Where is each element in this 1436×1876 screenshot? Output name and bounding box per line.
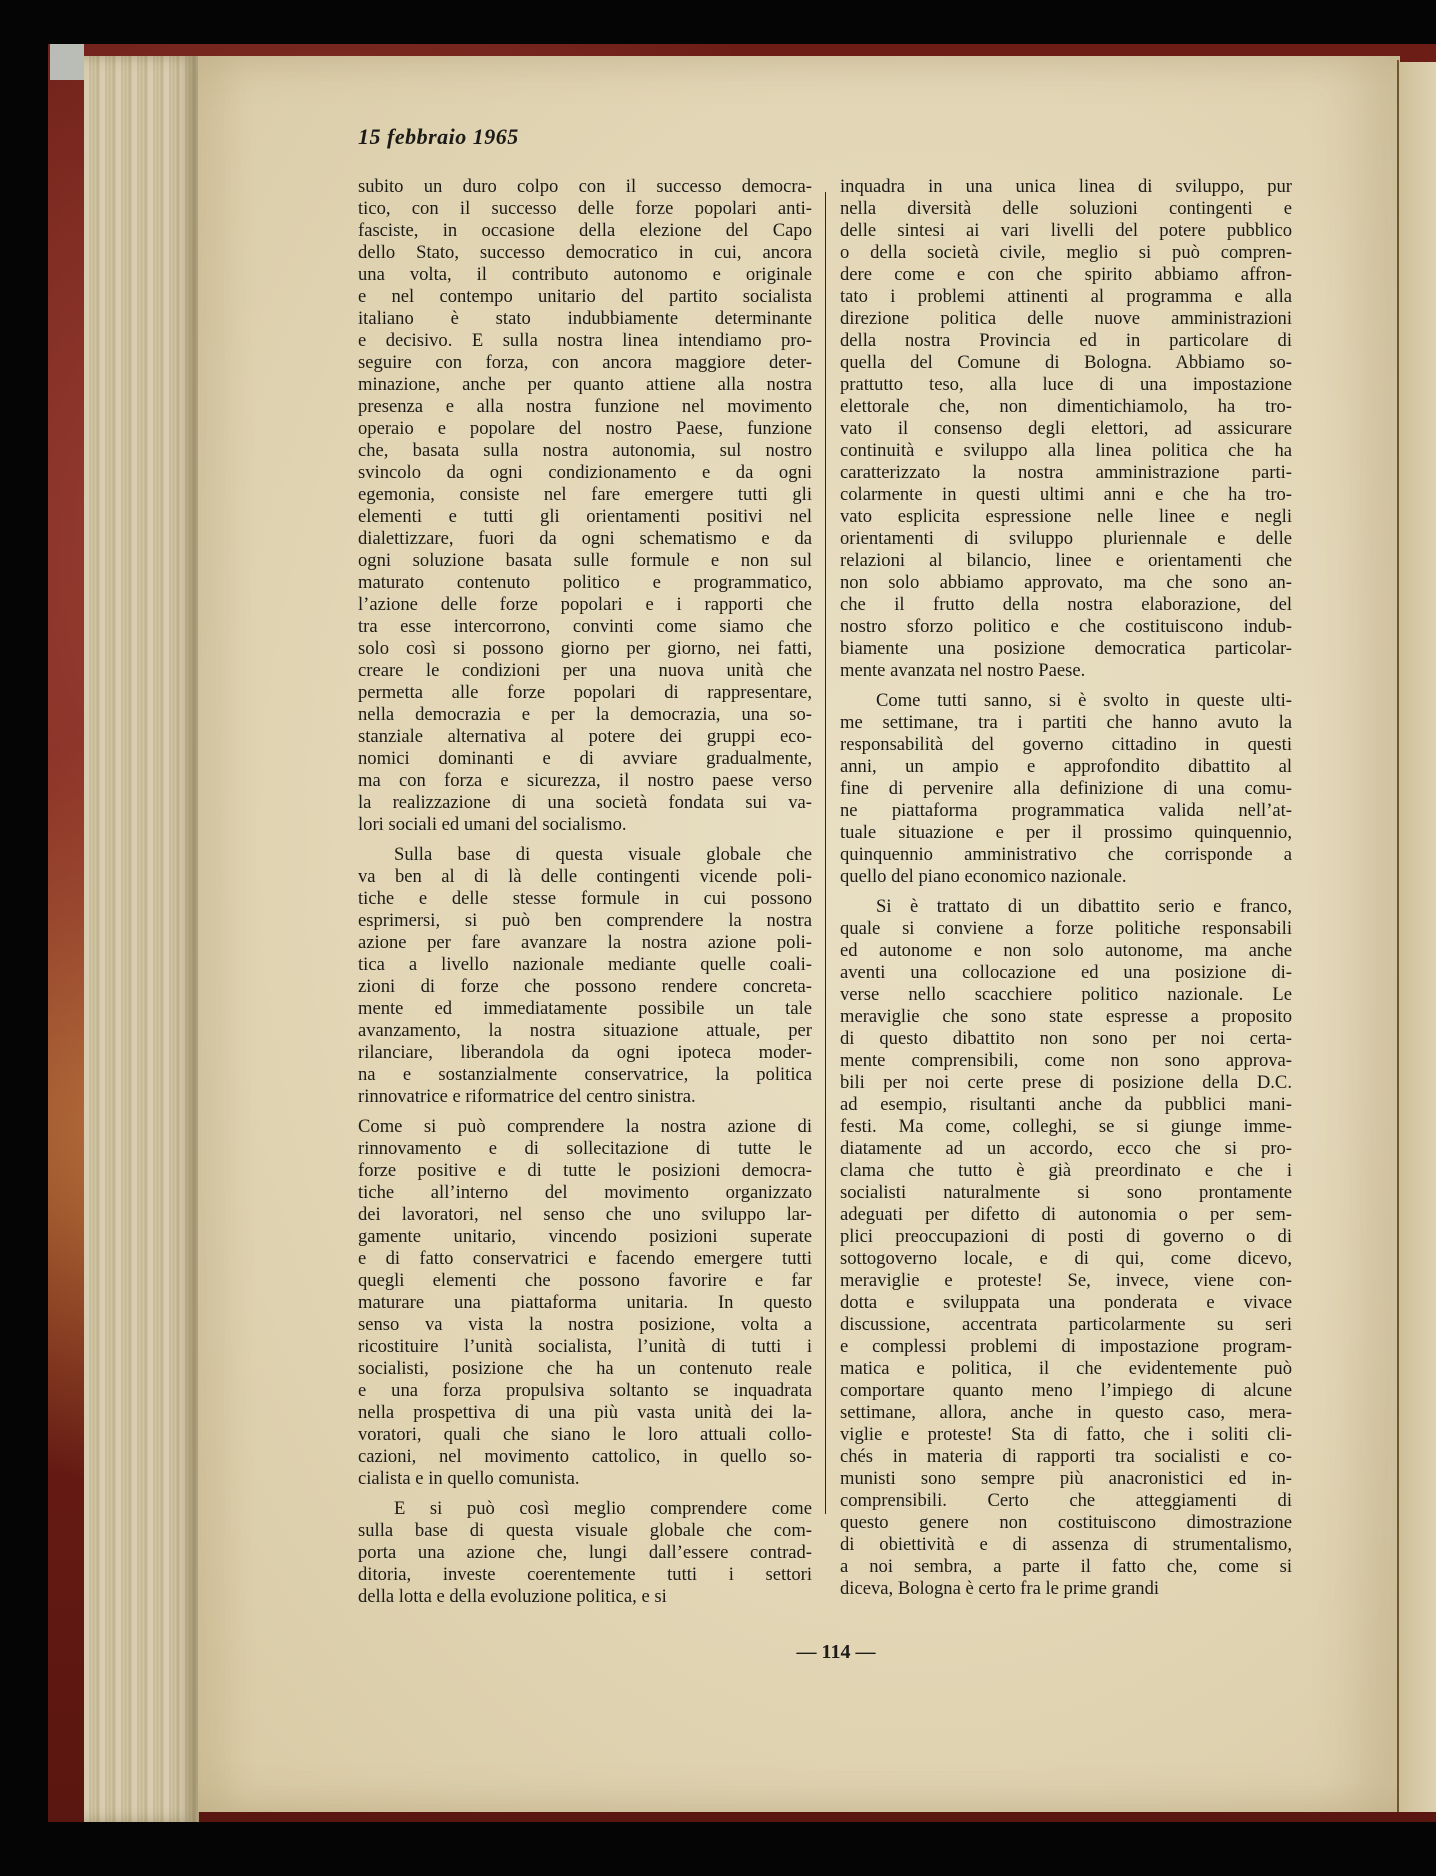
text-line: dotta e sviluppata una ponderata e vivac… [840, 1292, 1292, 1314]
text-line: comportare quanto meno l’impiego di alcu… [840, 1380, 1292, 1402]
text-line: porta una azione che, lungi dall’essere … [358, 1542, 812, 1564]
text-line: esprimersi, si può ben comprendere la no… [358, 910, 812, 932]
text-line: mente comprensibili, come non sono appro… [840, 1050, 1292, 1072]
text-line: egemonia, consiste nel fare emergere tut… [358, 484, 812, 506]
text-column-right: inquadra in una unica linea di sviluppo,… [840, 176, 1292, 1600]
text-line: di questo dibattito non sono per noi cer… [840, 1028, 1292, 1050]
text-line: mente avanzata nel nostro Paese. [840, 660, 1292, 682]
text-line: verse nello scacchiere politico nazional… [840, 984, 1292, 1006]
text-line: tuale situazione e per il prossimo quinq… [840, 822, 1292, 844]
text-line: nomici dominanti e di avviare gradualmen… [358, 748, 812, 770]
text-line: settimane, allora, anche in questo caso,… [840, 1402, 1292, 1424]
text-line: rinnovamento e di sollecitazione di tutt… [358, 1138, 812, 1160]
text-line: dere come e con che spirito abbiamo affr… [840, 264, 1292, 286]
text-line: relazioni al bilancio, linee e orientame… [840, 550, 1292, 572]
text-line: tico, con il successo delle forze popola… [358, 198, 812, 220]
paragraph: Sulla base di questa visuale globale che… [358, 844, 812, 1108]
text-line: nostro sforzo politico e che costituisco… [840, 616, 1292, 638]
text-line: elettorale che, non dimentichiamolo, ha … [840, 396, 1292, 418]
cover-corner-cloth [50, 44, 84, 80]
text-line: minazione, anche per quanto attiene alla… [358, 374, 812, 396]
text-line: sottogoverno locale, e di qui, come dice… [840, 1248, 1292, 1270]
text-line: gamente unitario, vincendo posizioni sup… [358, 1226, 812, 1248]
paragraph: E si può così meglio comprendere comesul… [358, 1498, 812, 1608]
text-line: quella del Comune di Bologna. Abbiamo so… [840, 352, 1292, 374]
running-head-date: 15 febbraio 1965 [358, 124, 519, 150]
text-line: ne piattaforma programmatica valida nell… [840, 800, 1292, 822]
paragraph: inquadra in una unica linea di sviluppo,… [840, 176, 1292, 682]
text-line: ogni soluzione basata sulle formule e no… [358, 550, 812, 572]
text-line: plici preoccupazioni di posti di governo… [840, 1226, 1292, 1248]
text-line: operaio e popolare del nostro Paese, fun… [358, 418, 812, 440]
text-line: non solo abbiamo approvato, ma che sono … [840, 572, 1292, 594]
text-line: festi. Ma come, colleghi, se si giunge i… [840, 1116, 1292, 1138]
text-line: delle sintesi ai vari livelli del potere… [840, 220, 1292, 242]
text-line: discussione, accentrata particolarmente … [840, 1314, 1292, 1336]
text-line: a noi sembra, a parte il fatto che, come… [840, 1556, 1292, 1578]
text-line: italiano è stato indubbiamente determina… [358, 308, 812, 330]
text-line: vato il consenso degli elettori, ad assi… [840, 418, 1292, 440]
text-line: comprensibili. Certo che atteggiamenti d… [840, 1490, 1292, 1512]
text-line: socialisti, posizione che ha un contenut… [358, 1358, 812, 1380]
text-line: biamente una posizione democratica parti… [840, 638, 1292, 660]
text-line: ditoria, investe coerentemente tutti i s… [358, 1564, 812, 1586]
text-line: ed autonome e non solo autonome, ma anch… [840, 940, 1292, 962]
text-line: E si può così meglio comprendere come [358, 1498, 812, 1520]
text-line: diatamente ad un accordo, ecco che si pr… [840, 1138, 1292, 1160]
text-line: tato i problemi attinenti al programma e… [840, 286, 1292, 308]
text-line: chés in materia di rapporti tra socialis… [840, 1446, 1292, 1468]
text-line: inquadra in una unica linea di sviluppo,… [840, 176, 1292, 198]
facing-page-edge [1399, 62, 1436, 1812]
text-line: aventi una collocazione ed una posizione… [840, 962, 1292, 984]
text-line: direzione politica delle nuove amministr… [840, 308, 1292, 330]
text-line: stanziale alternativa al potere dei grup… [358, 726, 812, 748]
text-line: azione per fare avanzare la nostra azion… [358, 932, 812, 954]
text-line: nella democrazia e per la democrazia, un… [358, 704, 812, 726]
text-line: o della società civile, meglio si può co… [840, 242, 1292, 264]
text-line: bili per noi certe prese di posizione de… [840, 1072, 1292, 1094]
text-line: prattutto teso, alla luce di una imposta… [840, 374, 1292, 396]
text-line: subito un duro colpo con il successo dem… [358, 176, 812, 198]
text-line: solo così si possono giorno per giorno, … [358, 638, 812, 660]
text-line: ma con forza e sicurezza, il nostro paes… [358, 770, 812, 792]
text-line: senso va vista la nostra posizione, volt… [358, 1314, 812, 1336]
text-line: adeguati per difetto di autonomia o per … [840, 1204, 1292, 1226]
text-line: Sulla base di questa visuale globale che [358, 844, 812, 866]
text-line: svincolo da ogni condizionamento e da og… [358, 462, 812, 484]
text-line: socialisti naturalmente si sono prontame… [840, 1182, 1292, 1204]
text-line: maturato contenuto politico e programmat… [358, 572, 812, 594]
text-line: e di fatto conservatrici e facendo emerg… [358, 1248, 812, 1270]
text-line: presenza e alla nostra funzione nel movi… [358, 396, 812, 418]
text-line: dello Stato, successo democratico in cui… [358, 242, 812, 264]
paragraph: Come tutti sanno, si è svolto in queste … [840, 690, 1292, 888]
text-line: me settimane, tra i partiti che hanno av… [840, 712, 1292, 734]
text-line: di obiettività e di assenza di strumenta… [840, 1534, 1292, 1556]
text-line: clama che tutto è già preordinato e che … [840, 1160, 1292, 1182]
text-line: Come si può comprendere la nostra azione… [358, 1116, 812, 1138]
paragraph: Si è trattato di un dibattito serio e fr… [840, 896, 1292, 1600]
text-line: della lotta e della evoluzione politica,… [358, 1586, 812, 1608]
text-line: voratori, quali che siano le loro attual… [358, 1424, 812, 1446]
text-line: quello del piano economico nazionale. [840, 866, 1292, 888]
text-line: creare le condizioni per una nuova unità… [358, 660, 812, 682]
text-line: una volta, il contributo autonomo e orig… [358, 264, 812, 286]
text-line: rinnovatrice e riformatrice del centro s… [358, 1086, 812, 1108]
text-line: seguire con forza, con ancora maggiore d… [358, 352, 812, 374]
text-column-left: subito un duro colpo con il successo dem… [358, 176, 812, 1608]
text-line: tica a livello nazionale mediante quelle… [358, 954, 812, 976]
text-line: orientamenti di sviluppo pluriennale e d… [840, 528, 1292, 550]
text-line: meraviglie e proteste! Se, invece, viene… [840, 1270, 1292, 1292]
text-line: zioni di forze che possono rendere concr… [358, 976, 812, 998]
text-line: continuità e sviluppo alla linea politic… [840, 440, 1292, 462]
text-line: tiche all’interno del movimento organizz… [358, 1182, 812, 1204]
text-line: responsabilità del governo cittadino in … [840, 734, 1292, 756]
text-line: la realizzazione di una società fondata … [358, 792, 812, 814]
text-line: nella prospettiva di una più vasta unità… [358, 1402, 812, 1424]
text-line: quinquennio amministrativo che corrispon… [840, 844, 1292, 866]
text-line: dialettizzare, fuori da ogni schematismo… [358, 528, 812, 550]
text-line: quale si conviene a forze politiche resp… [840, 918, 1292, 940]
text-line: permetta alle forze popolari di rapprese… [358, 682, 812, 704]
page-stack-edge [84, 56, 199, 1822]
text-line: della nostra Provincia ed in particolare… [840, 330, 1292, 352]
paragraph: subito un duro colpo con il successo dem… [358, 176, 812, 836]
text-line: diceva, Bologna è certo fra le prime gra… [840, 1578, 1292, 1600]
text-line: matica e politica, il che evidentemente … [840, 1358, 1292, 1380]
text-line: forze positive e di tutte le posizioni d… [358, 1160, 812, 1182]
text-line: vato esplicita espressione nelle linee e… [840, 506, 1292, 528]
paragraph: Come si può comprendere la nostra azione… [358, 1116, 812, 1490]
text-line: e decisivo. E sulla nostra linea intendi… [358, 330, 812, 352]
text-line: e nel contempo unitario del partito soci… [358, 286, 812, 308]
text-line: cialista e in quello comunista. [358, 1468, 812, 1490]
text-line: mente ed immediatamente possibile un tal… [358, 998, 812, 1020]
text-line: munisti sono sempre più anacronistici ed… [840, 1468, 1292, 1490]
text-line: fine di pervenire alla definizione di un… [840, 778, 1292, 800]
text-line: maturare una piattaforma unitaria. In qu… [358, 1292, 812, 1314]
text-line: tiche e delle stesse formule in cui poss… [358, 888, 812, 910]
text-line: colarmente in questi ultimi anni e che h… [840, 484, 1292, 506]
text-line: ricostituire l’unità socialista, l’unità… [358, 1336, 812, 1358]
column-rule [825, 192, 826, 1514]
text-line: va ben al di là delle contingenti vicend… [358, 866, 812, 888]
text-line: l’azione delle forze popolari e i rappor… [358, 594, 812, 616]
text-line: ad esempio, risultanti anche da pubblici… [840, 1094, 1292, 1116]
text-line: viglie e proteste! Sta di fatto, che i s… [840, 1424, 1292, 1446]
text-line: elementi e tutti gli orientamenti positi… [358, 506, 812, 528]
text-line: e una forza propulsiva soltanto se inqua… [358, 1380, 812, 1402]
text-line: fasciste, in occasione della elezione de… [358, 220, 812, 242]
text-line: caratterizzato la nostra amministrazione… [840, 462, 1292, 484]
text-line: questo genere non costituiscono dimostra… [840, 1512, 1292, 1534]
text-line: tra esse intercorrono, convinti come sia… [358, 616, 812, 638]
text-line: che, basata sulla nostra autonomia, sul … [358, 440, 812, 462]
text-line: cazioni, nel movimento cattolico, in que… [358, 1446, 812, 1468]
text-line: lori sociali ed umani del socialismo. [358, 814, 812, 836]
text-line: rilanciare, liberandola da ogni ipoteca … [358, 1042, 812, 1064]
text-line: meraviglie che sono state espresse a pro… [840, 1006, 1292, 1028]
text-line: nella diversità delle soluzioni continge… [840, 198, 1292, 220]
text-line: sulla base di questa visuale globale che… [358, 1520, 812, 1542]
text-line: Come tutti sanno, si è svolto in queste … [840, 690, 1292, 712]
page-number: — 114 — [776, 1641, 896, 1664]
text-line: na e sostanzialmente conservatrice, la p… [358, 1064, 812, 1086]
text-line: anni, un ampio e approfondito dibattito … [840, 756, 1292, 778]
text-line: avanzamento, la nostra situazione attual… [358, 1020, 812, 1042]
text-line: quegli elementi che possono favorire e f… [358, 1270, 812, 1292]
text-line: che il frutto della nostra elaborazione,… [840, 594, 1292, 616]
text-line: e complessi problemi di impostazione pro… [840, 1336, 1292, 1358]
text-line: dei lavoratori, nel senso che uno svilup… [358, 1204, 812, 1226]
text-line: Si è trattato di un dibattito serio e fr… [840, 896, 1292, 918]
